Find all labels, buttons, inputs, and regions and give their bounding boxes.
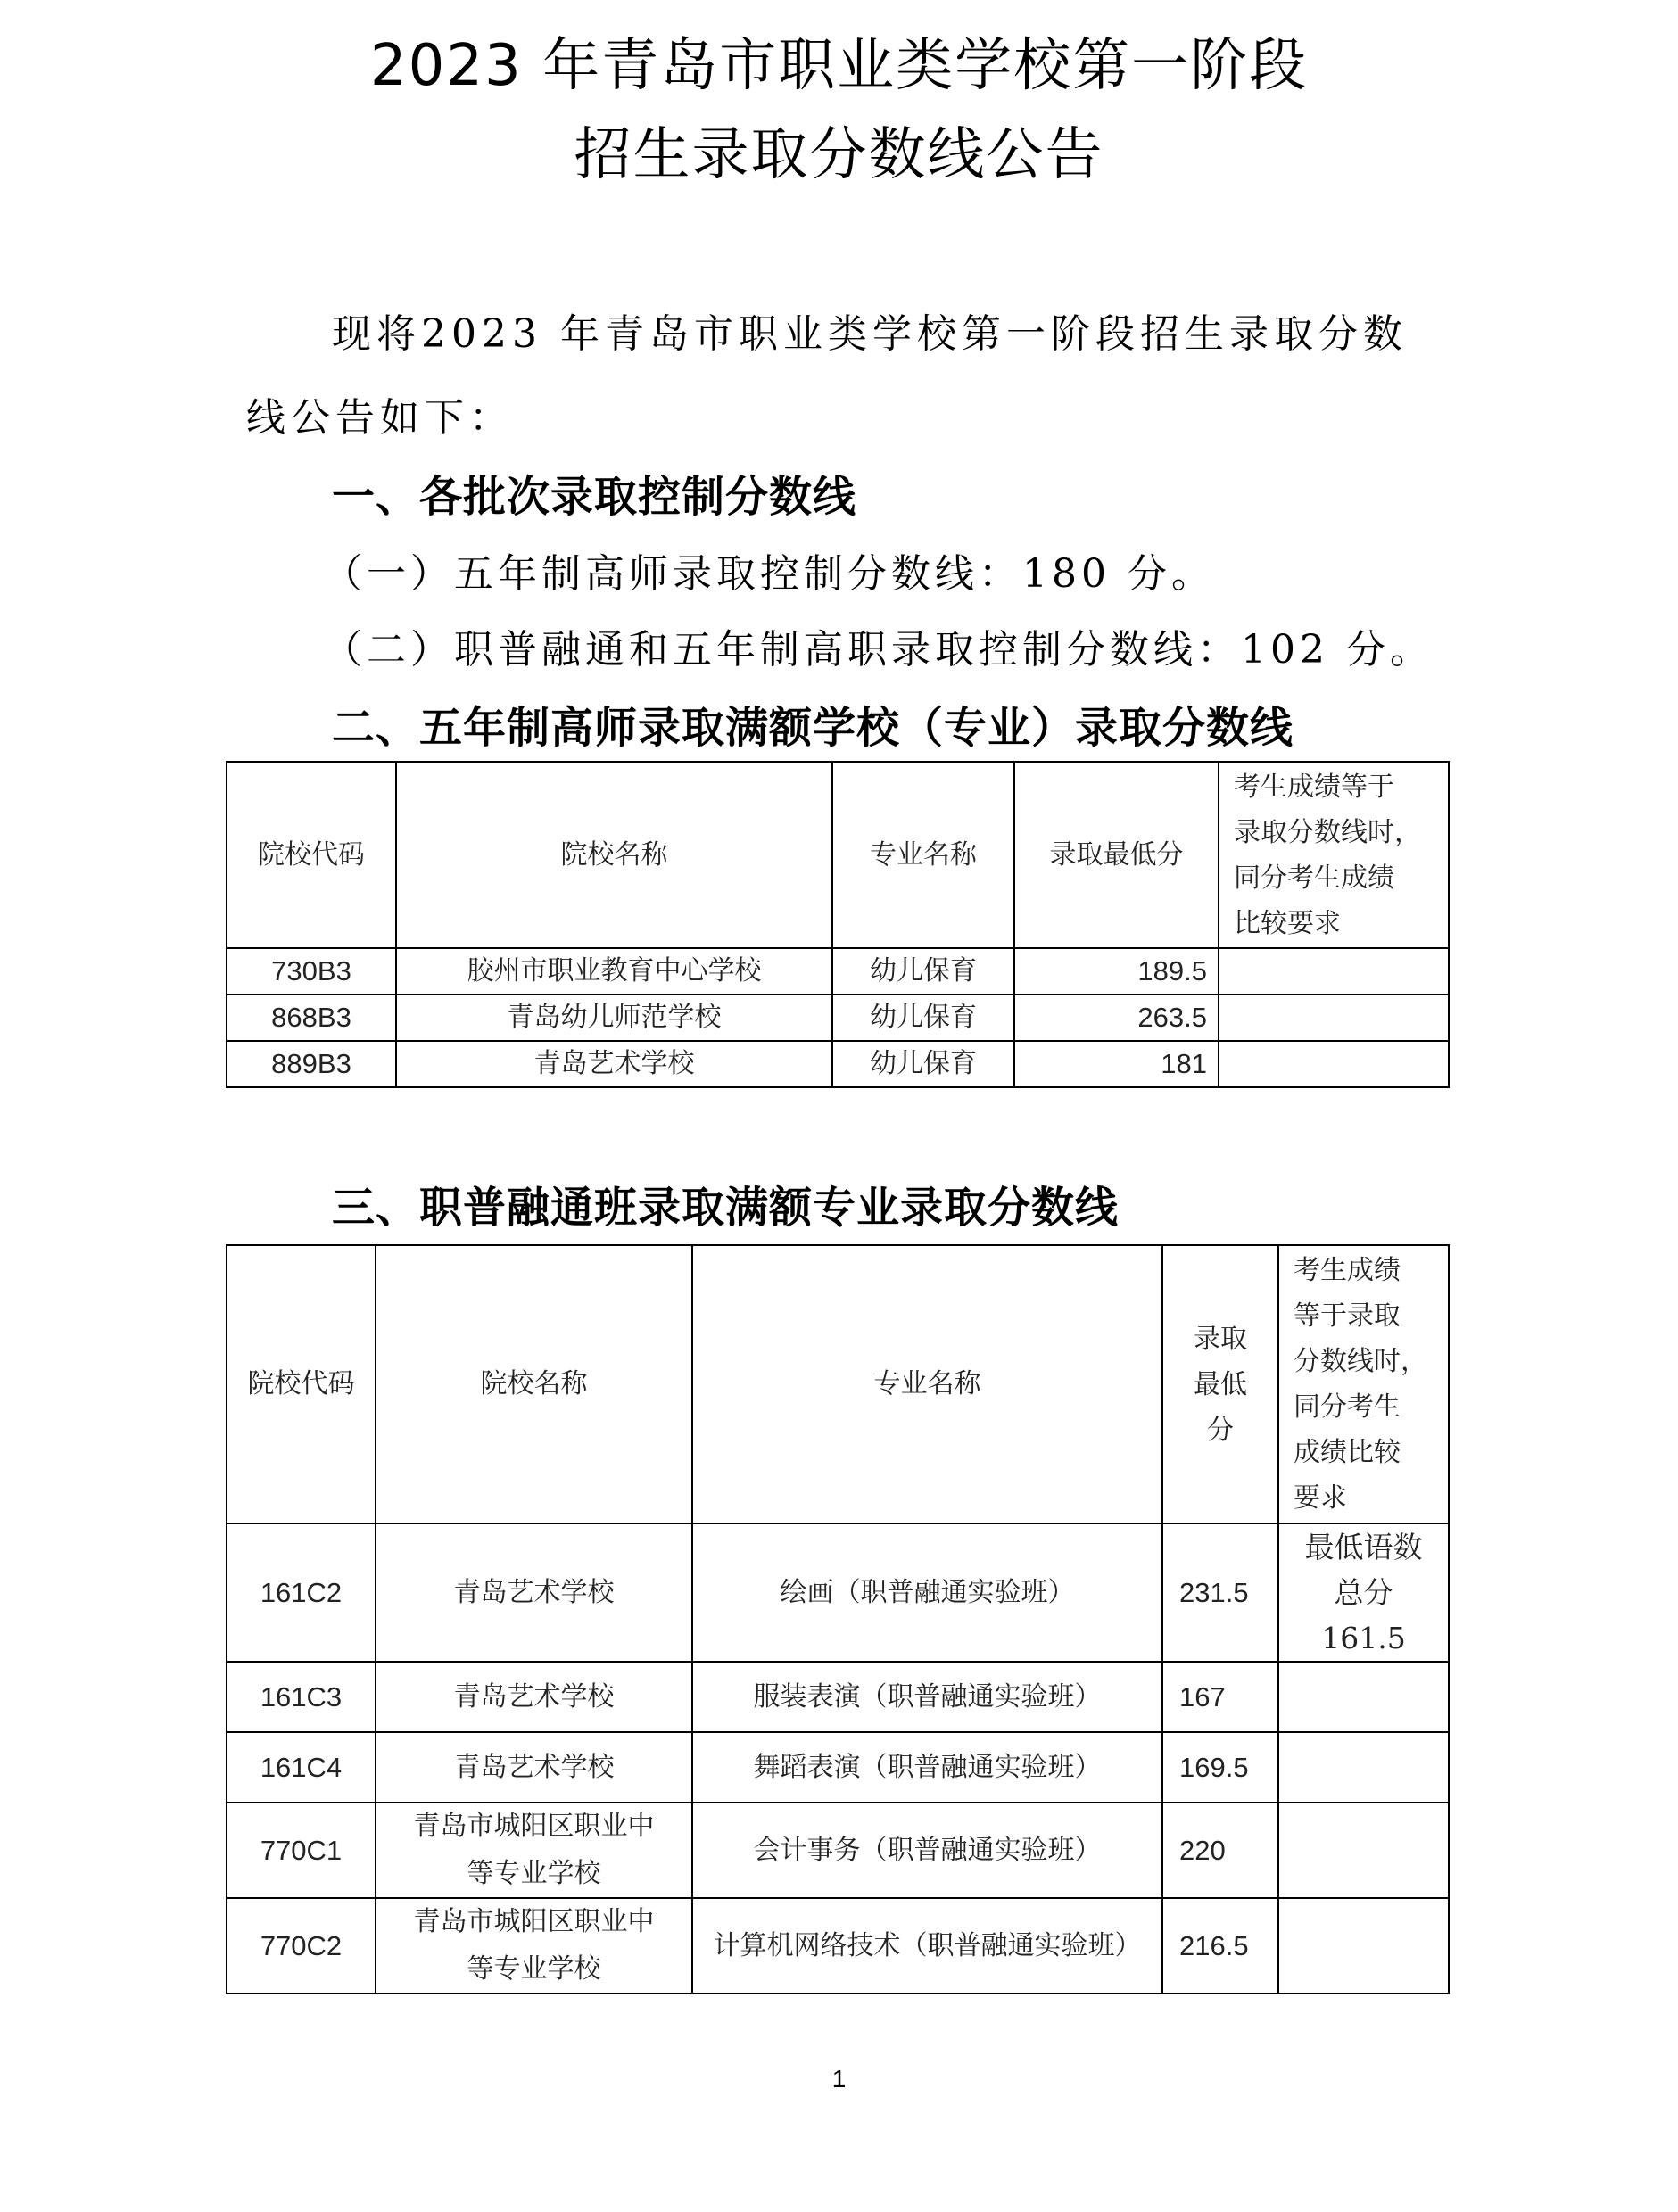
cell-school: 青岛市城阳区职业中 等专业学校: [376, 1898, 692, 1993]
cell-school: 青岛艺术学校: [396, 1041, 832, 1087]
header-note-line: 同分考生成绩: [1234, 855, 1448, 901]
cell-school-line: 等专业学校: [376, 1851, 691, 1898]
section1-item-2: （二）职普融通和五年制高职录取控制分数线：102 分。: [323, 631, 1434, 670]
header-note-line: 比较要求: [1234, 901, 1448, 946]
header-note-line: 考生成绩: [1294, 1248, 1448, 1293]
header-note-line: 成绩比较: [1294, 1430, 1448, 1475]
header-note-line: 录取分数线时，: [1234, 810, 1448, 855]
header-min-score-line: 最低: [1163, 1362, 1277, 1407]
cell-min-score: 220: [1162, 1803, 1278, 1898]
cell-code: 770C2: [227, 1898, 376, 1993]
cell-school: 青岛艺术学校: [376, 1732, 692, 1803]
cell-note: [1278, 1803, 1449, 1898]
table-header-row: 院校代码 院校名称 专业名称 录取最低分 考生成绩等于 录取分数线时， 同分考生…: [227, 762, 1449, 948]
cell-major: 绘画（职普融通实验班）: [692, 1523, 1162, 1662]
cell-code: 868B3: [227, 995, 396, 1041]
cell-note: [1278, 1662, 1449, 1732]
cell-code: 161C3: [227, 1662, 376, 1732]
cell-note: [1278, 1732, 1449, 1803]
cell-note: [1219, 995, 1449, 1041]
header-note-line: 等于录取: [1294, 1293, 1448, 1339]
cell-school: 青岛幼儿师范学校: [396, 995, 832, 1041]
header-tiebreak-rule: 考生成绩等于 录取分数线时， 同分考生成绩 比较要求: [1219, 762, 1449, 948]
cell-major: 舞蹈表演（职普融通实验班）: [692, 1732, 1162, 1803]
cell-major: 会计事务（职普融通实验班）: [692, 1803, 1162, 1898]
intro-line2: 线公告如下：: [246, 399, 514, 438]
cell-min-score: 181: [1014, 1041, 1219, 1087]
document-title-line1: 2023 年青岛市职业类学校第一阶段: [0, 37, 1678, 95]
table-header-row: 院校代码 院校名称 专业名称 录取 最低 分 考生成绩 等于录取 分数线时， 同…: [227, 1245, 1449, 1523]
cell-school: 胶州市职业教育中心学校: [396, 948, 832, 995]
cell-code: 889B3: [227, 1041, 396, 1087]
cell-school: 青岛市城阳区职业中 等专业学校: [376, 1803, 692, 1898]
cell-note: [1219, 1041, 1449, 1087]
cell-school: 青岛艺术学校: [376, 1523, 692, 1662]
header-note-line: 分数线时，: [1294, 1339, 1448, 1384]
cell-school-line: 青岛艺术学校: [376, 1746, 691, 1789]
header-note-line: 考生成绩等于: [1234, 764, 1448, 810]
cell-note: [1219, 948, 1449, 995]
cell-code: 730B3: [227, 948, 396, 995]
header-major-name: 专业名称: [832, 762, 1014, 948]
header-school-name: 院校名称: [396, 762, 832, 948]
table-row: 770C2 青岛市城阳区职业中 等专业学校 计算机网络技术（职普融通实验班） 2…: [227, 1898, 1449, 1993]
table-row: 889B3 青岛艺术学校 幼儿保育 181: [227, 1041, 1449, 1087]
cell-school-line: 青岛艺术学校: [376, 1572, 691, 1614]
cell-note: 最低语数 总分 161.5: [1278, 1523, 1449, 1662]
intro-line1: 现将2023 年青岛市职业类学校第一阶段招生录取分数: [332, 315, 1408, 354]
section1-item-1: （一）五年制高师录取控制分数线：180 分。: [323, 555, 1215, 594]
document-title-line2: 招生录取分数线公告: [0, 127, 1678, 184]
section3-table: 院校代码 院校名称 专业名称 录取 最低 分 考生成绩 等于录取 分数线时， 同…: [226, 1244, 1450, 1994]
section1-heading: 一、各批次录取控制分数线: [332, 475, 856, 518]
header-tiebreak-rule: 考生成绩 等于录取 分数线时， 同分考生 成绩比较 要求: [1278, 1245, 1449, 1523]
cell-code: 161C4: [227, 1732, 376, 1803]
cell-major: 幼儿保育: [832, 995, 1014, 1041]
header-min-score-line: 录取: [1163, 1316, 1277, 1362]
cell-note-line: 总分: [1279, 1570, 1448, 1615]
cell-min-score: 263.5: [1014, 995, 1219, 1041]
table-row: 868B3 青岛幼儿师范学校 幼儿保育 263.5: [227, 995, 1449, 1041]
cell-school-line: 青岛市城阳区职业中: [376, 1803, 691, 1851]
table-row: 161C2 青岛艺术学校 绘画（职普融通实验班） 231.5 最低语数 总分 1…: [227, 1523, 1449, 1662]
cell-min-score: 216.5: [1162, 1898, 1278, 1993]
cell-code: 770C1: [227, 1803, 376, 1898]
header-min-score-line: 分: [1163, 1407, 1277, 1453]
header-school-code: 院校代码: [227, 1245, 376, 1523]
cell-major: 幼儿保育: [832, 948, 1014, 995]
cell-note-line: 最低语数: [1279, 1524, 1448, 1570]
cell-min-score: 189.5: [1014, 948, 1219, 995]
cell-note-line: 161.5: [1279, 1615, 1448, 1661]
section2-heading: 二、五年制高师录取满额学校（专业）录取分数线: [332, 706, 1294, 749]
cell-min-score: 231.5: [1162, 1523, 1278, 1662]
table-row: 161C3 青岛艺术学校 服装表演（职普融通实验班） 167: [227, 1662, 1449, 1732]
table-row: 770C1 青岛市城阳区职业中 等专业学校 会计事务（职普融通实验班） 220: [227, 1803, 1449, 1898]
header-min-score: 录取最低分: [1014, 762, 1219, 948]
section3-heading: 三、职普融通班录取满额专业录取分数线: [332, 1186, 1119, 1229]
page-number: 1: [0, 2065, 1678, 2093]
cell-major: 计算机网络技术（职普融通实验班）: [692, 1898, 1162, 1993]
cell-school-line: 青岛艺术学校: [376, 1676, 691, 1719]
header-note-line: 同分考生: [1294, 1384, 1448, 1430]
cell-major: 服装表演（职普融通实验班）: [692, 1662, 1162, 1732]
header-major-name: 专业名称: [692, 1245, 1162, 1523]
cell-school-line: 等专业学校: [376, 1946, 691, 1993]
table-row: 730B3 胶州市职业教育中心学校 幼儿保育 189.5: [227, 948, 1449, 995]
header-min-score: 录取 最低 分: [1162, 1245, 1278, 1523]
cell-school-line: 青岛市城阳区职业中: [376, 1899, 691, 1946]
header-school-name: 院校名称: [376, 1245, 692, 1523]
cell-major: 幼儿保育: [832, 1041, 1014, 1087]
cell-min-score: 167: [1162, 1662, 1278, 1732]
cell-min-score: 169.5: [1162, 1732, 1278, 1803]
table-row: 161C4 青岛艺术学校 舞蹈表演（职普融通实验班） 169.5: [227, 1732, 1449, 1803]
header-school-code: 院校代码: [227, 762, 396, 948]
cell-code: 161C2: [227, 1523, 376, 1662]
header-note-line: 要求: [1294, 1475, 1448, 1521]
section2-table: 院校代码 院校名称 专业名称 录取最低分 考生成绩等于 录取分数线时， 同分考生…: [226, 761, 1450, 1088]
cell-note: [1278, 1898, 1449, 1993]
cell-school: 青岛艺术学校: [376, 1662, 692, 1732]
